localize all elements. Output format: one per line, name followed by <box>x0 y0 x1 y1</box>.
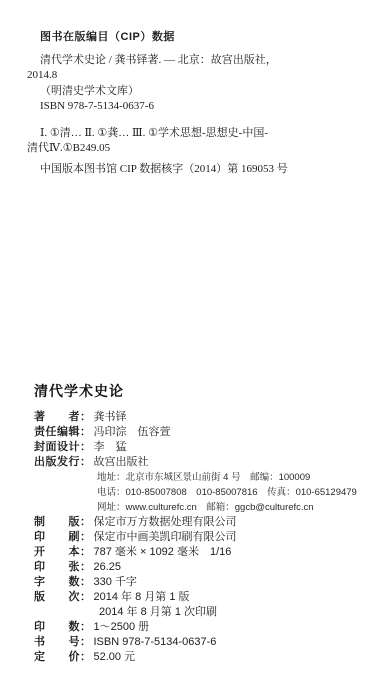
row-value: 保定市万方数据处理有限公司 <box>92 515 237 530</box>
row-value: 李 猛 <box>92 440 127 455</box>
publisher-phone-line: 电话：010-85007808 010-85007816 传真：010-6512… <box>34 485 367 500</box>
colophon-row-sheets: 印 张： 26.25 <box>34 560 367 575</box>
cip-header: 图书在版编目（CIP）数据 <box>27 30 357 46</box>
row-value: 26.25 <box>92 560 122 575</box>
colophon-row-edition-print-run: 2014 年 8 月第 1 次印刷 <box>34 605 367 620</box>
publisher-address-line: 地址：北京市东城区景山前街 4 号 邮编：100009 <box>34 470 367 485</box>
colophon-row-author: 著 者： 龚书铎 <box>34 410 367 425</box>
colophon-row-printing: 印 刷： 保定市中画美凯印刷有限公司 <box>34 530 367 545</box>
cip-classification-line-2: 清代Ⅳ.①B249.05 <box>27 141 357 157</box>
row-label: 字 数： <box>34 575 92 590</box>
row-value: 保定市中画美凯印刷有限公司 <box>92 530 237 545</box>
cip-title-line: 清代学术史论 / 龚书铎著. — 北京：故宫出版社， <box>27 53 357 69</box>
spacer <box>27 115 357 126</box>
book-title: 清代学术史论 <box>34 381 124 401</box>
cip-registry-line: 中国版本图书馆 CIP 数据核字（2014）第 169053 号 <box>27 162 357 178</box>
row-label: 开 本： <box>34 545 92 560</box>
colophon-row-format: 开 本： 787 毫米 × 1092 毫米 1/16 <box>34 545 367 560</box>
colophon-list: 著 者： 龚书铎 责任编辑： 冯印淙 伍容萱 封面设计： 李 猛 出版发行： 故… <box>34 410 367 665</box>
row-value: 2014 年 8 月第 1 版 <box>92 590 190 605</box>
row-value: ISBN 978-7-5134-0637-6 <box>92 635 217 650</box>
row-value: 330 千字 <box>92 575 137 590</box>
row-value: 龚书铎 <box>92 410 127 425</box>
row-label: 书 号： <box>34 635 92 650</box>
cip-classification-line-1: Ⅰ. ①清… Ⅱ. ①龚… Ⅲ. ①学术思想-思想史-中国- <box>27 126 357 142</box>
colophon-row-word-count: 字 数： 330 千字 <box>34 575 367 590</box>
colophon-row-print-quantity: 印 数： 1～2500 册 <box>34 620 367 635</box>
row-value: 52.00 元 <box>92 650 136 665</box>
row-label: 印 数： <box>34 620 92 635</box>
row-label: 著 者： <box>34 410 92 425</box>
cip-isbn-line: ISBN 978-7-5134-0637-6 <box>27 99 357 115</box>
row-label: 出版发行： <box>34 455 92 470</box>
row-value: 1～2500 册 <box>92 620 150 635</box>
row-label: 责任编辑： <box>34 425 92 440</box>
row-label: 印 张： <box>34 560 92 575</box>
row-value: 冯印淙 伍容萱 <box>92 425 171 440</box>
row-label: 定 价： <box>34 650 92 665</box>
colophon-row-publisher: 出版发行： 故宫出版社 <box>34 455 367 470</box>
colophon-row-price: 定 价： 52.00 元 <box>34 650 367 665</box>
row-label: 封面设计： <box>34 440 92 455</box>
colophon-row-platemaking: 制 版： 保定市万方数据处理有限公司 <box>34 515 367 530</box>
cip-series-line: （明清史学术文库） <box>27 84 357 100</box>
row-value: 故宫出版社 <box>92 455 149 470</box>
row-label: 印 刷： <box>34 530 92 545</box>
publisher-web-line: 网址：www.culturefc.cn 邮箱：ggcb@culturefc.cn <box>34 500 367 515</box>
cip-year-line: 2014.8 <box>27 68 357 84</box>
colophon-row-cover-design: 封面设计： 李 猛 <box>34 440 367 455</box>
row-label: 版 次： <box>34 590 92 605</box>
colophon-row-isbn: 书 号： ISBN 978-7-5134-0637-6 <box>34 635 367 650</box>
book-copyright-page: { "cip": { "header": "图书在版编目（CIP）数据", "t… <box>0 0 375 677</box>
cip-data-block: 图书在版编目（CIP）数据 清代学术史论 / 龚书铎著. — 北京：故宫出版社，… <box>27 30 357 177</box>
row-value: 787 毫米 × 1092 毫米 1/16 <box>92 545 232 560</box>
row-label: 制 版： <box>34 515 92 530</box>
colophon-row-edition: 版 次： 2014 年 8 月第 1 版 <box>34 590 367 605</box>
colophon-row-editor: 责任编辑： 冯印淙 伍容萱 <box>34 425 367 440</box>
